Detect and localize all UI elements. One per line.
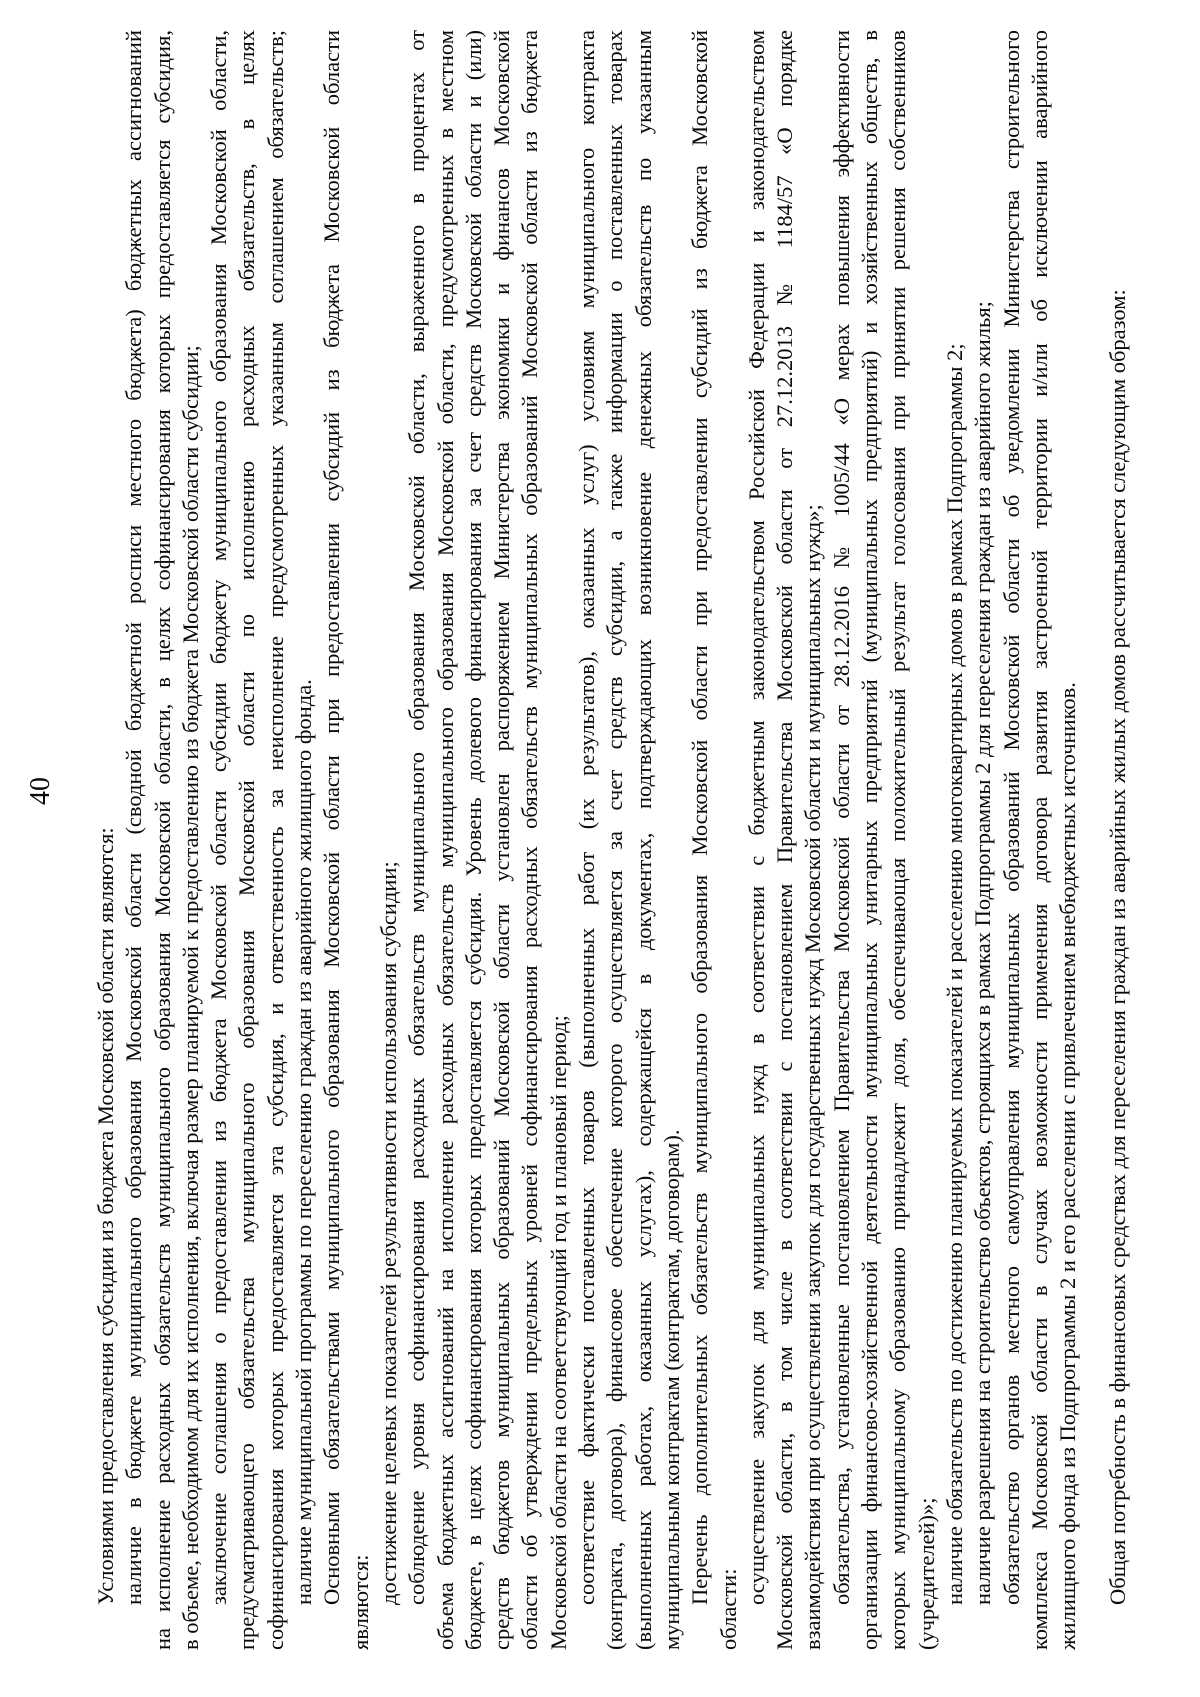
text-line: Условиями предоставления субсидии из бюд… bbox=[92, 30, 120, 1650]
text-line: муниципальным контрактам (контрактам, до… bbox=[658, 30, 686, 1650]
page-number: 40 bbox=[26, 765, 56, 817]
text-line: осуществление закупок для муниципальных … bbox=[743, 30, 771, 1650]
text-line: комплекса Московской области в случаях в… bbox=[1026, 30, 1054, 1650]
text-line: наличие разрешения на строительство объе… bbox=[969, 30, 997, 1650]
text-line: бюджете, в целях софинансирования которы… bbox=[460, 30, 488, 1650]
text-line: в объеме, необходимом для их исполнения,… bbox=[177, 30, 205, 1650]
text-line: жилищного фонда из Подпрограммы 2 и его … bbox=[1054, 30, 1082, 1650]
text-line: Перечень дополнительных обязательств мун… bbox=[686, 30, 714, 1650]
text-line: области об утверждении предельных уровне… bbox=[516, 30, 544, 1650]
document-page: 40 Условиями предоставления субсидии из … bbox=[0, 0, 1200, 1697]
text-line: соблюдение уровня софинансирования расхо… bbox=[403, 30, 431, 1650]
text-line: взаимодействия при осуществлении закупок… bbox=[799, 30, 827, 1650]
document-text: Условиями предоставления субсидии из бюд… bbox=[92, 30, 1133, 1650]
text-line: (контракта, договора), финансовое обеспе… bbox=[601, 30, 629, 1650]
text-line: Основными обязательствами муниципального… bbox=[318, 30, 346, 1650]
blank-line bbox=[1082, 30, 1104, 1650]
text-line: наличие обязательств по достижению плани… bbox=[941, 30, 969, 1650]
text-line: области: bbox=[715, 30, 743, 1650]
text-line: Московской области, в том числе в соотве… bbox=[771, 30, 799, 1650]
text-line: средств бюджетов муниципальных образован… bbox=[488, 30, 516, 1650]
text-line: достижение целевых показателей результат… bbox=[375, 30, 403, 1650]
text-line: (выполненных работах, оказанных услугах)… bbox=[630, 30, 658, 1650]
text-line: предусматривающего обязательства муницип… bbox=[233, 30, 261, 1650]
scanned-document-screenshot: 40 Условиями предоставления субсидии из … bbox=[0, 0, 1200, 1697]
text-line: Московской области на соответствующий го… bbox=[545, 30, 573, 1650]
text-line: организации финансово-хозяйственной деят… bbox=[856, 30, 884, 1650]
text-line: обязательства, установленные постановлен… bbox=[828, 30, 856, 1650]
text-line: соответствие фактически поставленных тов… bbox=[573, 30, 601, 1650]
text-line: Общая потребность в финансовых средствах… bbox=[1104, 30, 1132, 1650]
text-line: (учредителей)»; bbox=[913, 30, 941, 1650]
text-line: наличие муниципальной программы по перес… bbox=[290, 30, 318, 1650]
text-line: являются: bbox=[347, 30, 375, 1650]
text-line: заключение соглашения о предоставлении и… bbox=[205, 30, 233, 1650]
text-line: на исполнение расходных обязательств мун… bbox=[149, 30, 177, 1650]
text-line: которых муниципальному образованию прина… bbox=[884, 30, 912, 1650]
text-line: софинансирования которых предоставляется… bbox=[262, 30, 290, 1650]
text-line: наличие в бюджете муниципального образов… bbox=[120, 30, 148, 1650]
text-line: объема бюджетных ассигнований на исполне… bbox=[432, 30, 460, 1650]
text-line: обязательство органов местного самоуправ… bbox=[998, 30, 1026, 1650]
